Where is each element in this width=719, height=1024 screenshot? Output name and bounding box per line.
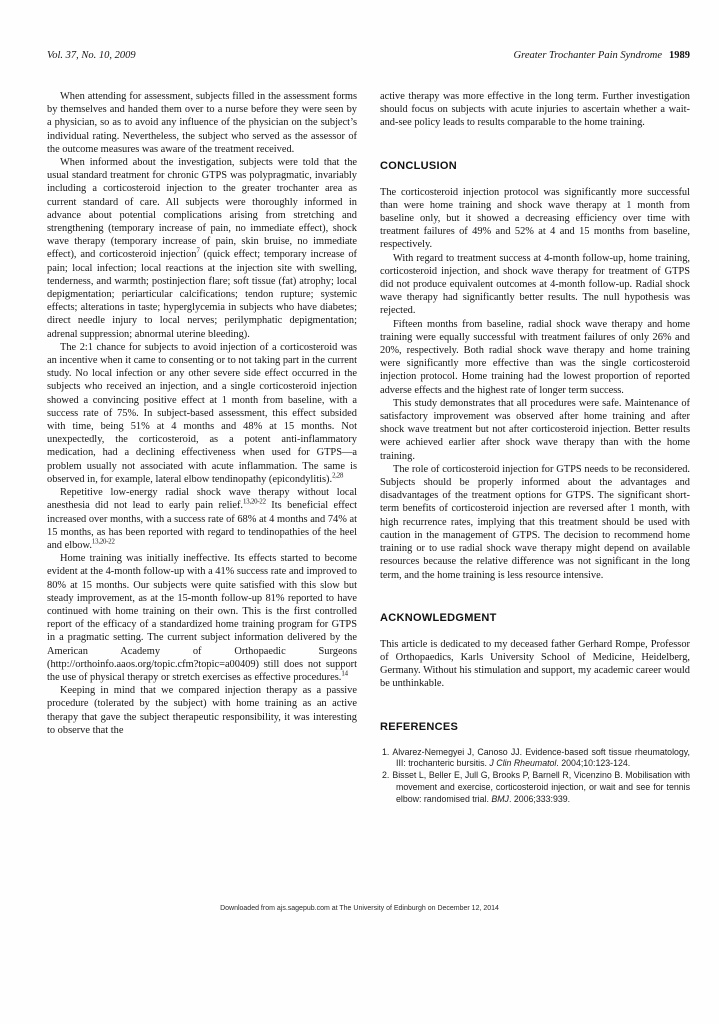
citation-superscript: 13,20-22	[92, 538, 115, 545]
text-run: Keeping in mind that we compared injecti…	[47, 685, 357, 736]
paragraph: This article is dedicated to my deceased…	[380, 638, 690, 691]
text-run: When attending for assessment, subjects …	[47, 91, 357, 155]
reference-number: 1.	[382, 747, 392, 757]
citation-superscript: 2,28	[332, 472, 343, 479]
left-column: When attending for assessment, subjects …	[47, 90, 357, 806]
section-heading-conclusion: CONCLUSION	[380, 160, 690, 172]
text-run: . 2004;10:123-124.	[556, 758, 630, 768]
text-run: The role of corticosteroid injection for…	[380, 464, 690, 581]
paragraph: Home training was initially ineffective.…	[47, 552, 357, 684]
paragraph: The role of corticosteroid injection for…	[380, 463, 690, 582]
paragraph: Fifteen months from baseline, radial sho…	[380, 318, 690, 397]
paragraph: The 2:1 chance for subjects to avoid inj…	[47, 341, 357, 486]
paragraph: active therapy was more effective in the…	[380, 90, 690, 130]
running-title: Greater Trochanter Pain Syndrome1989	[514, 50, 690, 61]
right-column: active therapy was more effective in the…	[380, 90, 690, 806]
journal-article-page: Vol. 37, No. 10, 2009 Greater Trochanter…	[0, 0, 719, 1024]
paragraph: This study demonstrates that all procedu…	[380, 397, 690, 463]
download-provenance-footer: Downloaded from ajs.sagepub.com at The U…	[0, 905, 719, 912]
text-run: . 2006;333:939.	[509, 794, 570, 804]
paragraph: When informed about the investigation, s…	[47, 156, 357, 341]
reference-item: 2.Bisset L, Beller E, Jull G, Brooks P, …	[382, 770, 690, 805]
section-heading-references: REFERENCES	[380, 721, 690, 733]
reference-list: 1.Alvarez-Nemegyei J, Canoso JJ. Evidenc…	[380, 747, 690, 806]
text-run: The corticosteroid injection protocol wa…	[380, 187, 690, 251]
running-head: Vol. 37, No. 10, 2009 Greater Trochanter…	[47, 50, 690, 61]
text-run: Fifteen months from baseline, radial sho…	[380, 319, 690, 396]
reference-item: 1.Alvarez-Nemegyei J, Canoso JJ. Evidenc…	[382, 747, 690, 771]
paragraph: Keeping in mind that we compared injecti…	[47, 684, 357, 737]
text-run: The 2:1 chance for subjects to avoid inj…	[47, 342, 357, 485]
volume-issue-text: Vol. 37, No. 10, 2009	[47, 50, 136, 61]
text-run: active therapy was more effective in the…	[380, 91, 690, 128]
paragraph: Repetitive low-energy radial shock wave …	[47, 486, 357, 552]
section-heading-acknowledgment: ACKNOWLEDGMENT	[380, 612, 690, 624]
article-body: When attending for assessment, subjects …	[47, 90, 690, 806]
text-run: Home training was initially ineffective.…	[47, 553, 357, 683]
running-title-text: Greater Trochanter Pain Syndrome	[514, 50, 662, 61]
reference-number: 2.	[382, 770, 392, 780]
text-run: With regard to treatment success at 4-mo…	[380, 253, 690, 317]
citation-superscript: 13,20-22	[243, 499, 266, 506]
text-run: (quick effect; temporary increase of pai…	[47, 249, 357, 339]
page-number: 1989	[669, 50, 690, 61]
text-run: When informed about the investigation, s…	[47, 157, 357, 260]
paragraph: The corticosteroid injection protocol wa…	[380, 186, 690, 252]
text-run: This study demonstrates that all procedu…	[380, 398, 690, 462]
paragraph: With regard to treatment success at 4-mo…	[380, 252, 690, 318]
paragraph: When attending for assessment, subjects …	[47, 90, 357, 156]
italic-text-run: J Clin Rheumatol	[489, 758, 556, 768]
citation-superscript: 14	[341, 670, 347, 677]
text-run: This article is dedicated to my deceased…	[380, 639, 690, 690]
italic-text-run: BMJ	[491, 794, 509, 804]
